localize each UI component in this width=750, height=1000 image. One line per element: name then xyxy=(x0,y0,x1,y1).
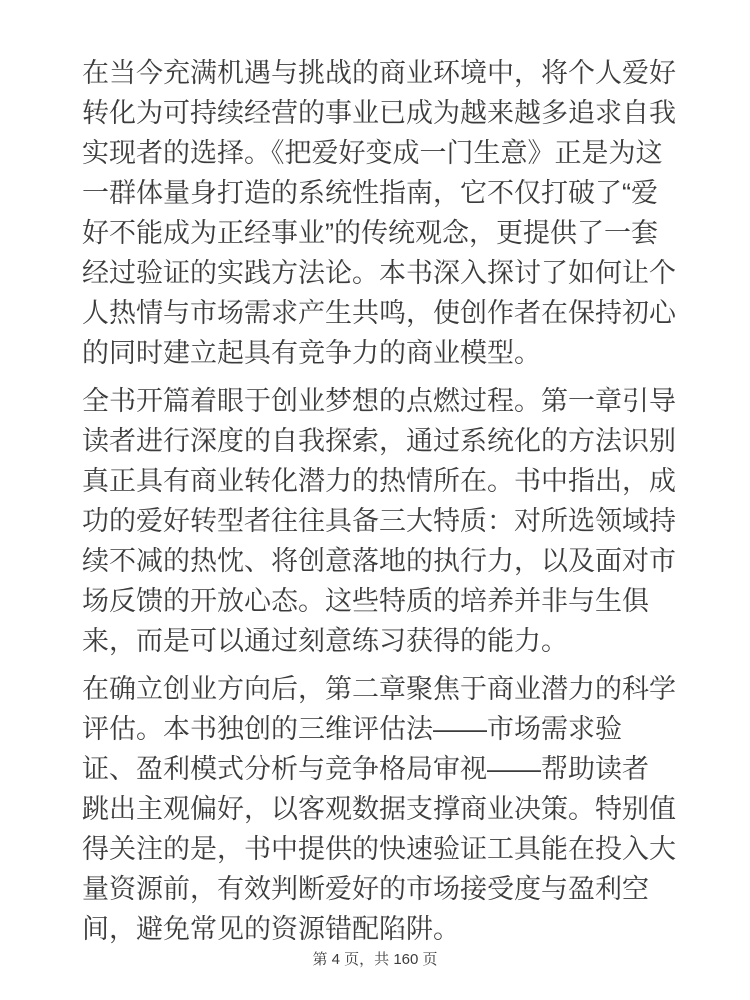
paragraph-intro: 在当今充满机遇与挑战的商业环境中，将个人爱好 转化为可持续经营的事业已成为越来越… xyxy=(82,53,678,373)
page-footer: 第 4 页，共 160 页 xyxy=(0,949,750,971)
paragraph-chapter-two: 在确立创业方向后，第二章聚焦于商业潜力的科学 评估。本书独创的三维评估法——市场… xyxy=(82,669,678,949)
page-content: 在当今充满机遇与挑战的商业环境中，将个人爱好 转化为可持续经营的事业已成为越来越… xyxy=(0,0,750,949)
page-indicator: 第 4 页，共 160 页 xyxy=(312,951,437,968)
document-page: 在当今充满机遇与挑战的商业环境中，将个人爱好 转化为可持续经营的事业已成为越来越… xyxy=(0,0,750,1000)
paragraph-chapter-one: 全书开篇着眼于创业梦想的点燃过程。第一章引导 读者进行深度的自我探索，通过系统化… xyxy=(82,381,678,661)
